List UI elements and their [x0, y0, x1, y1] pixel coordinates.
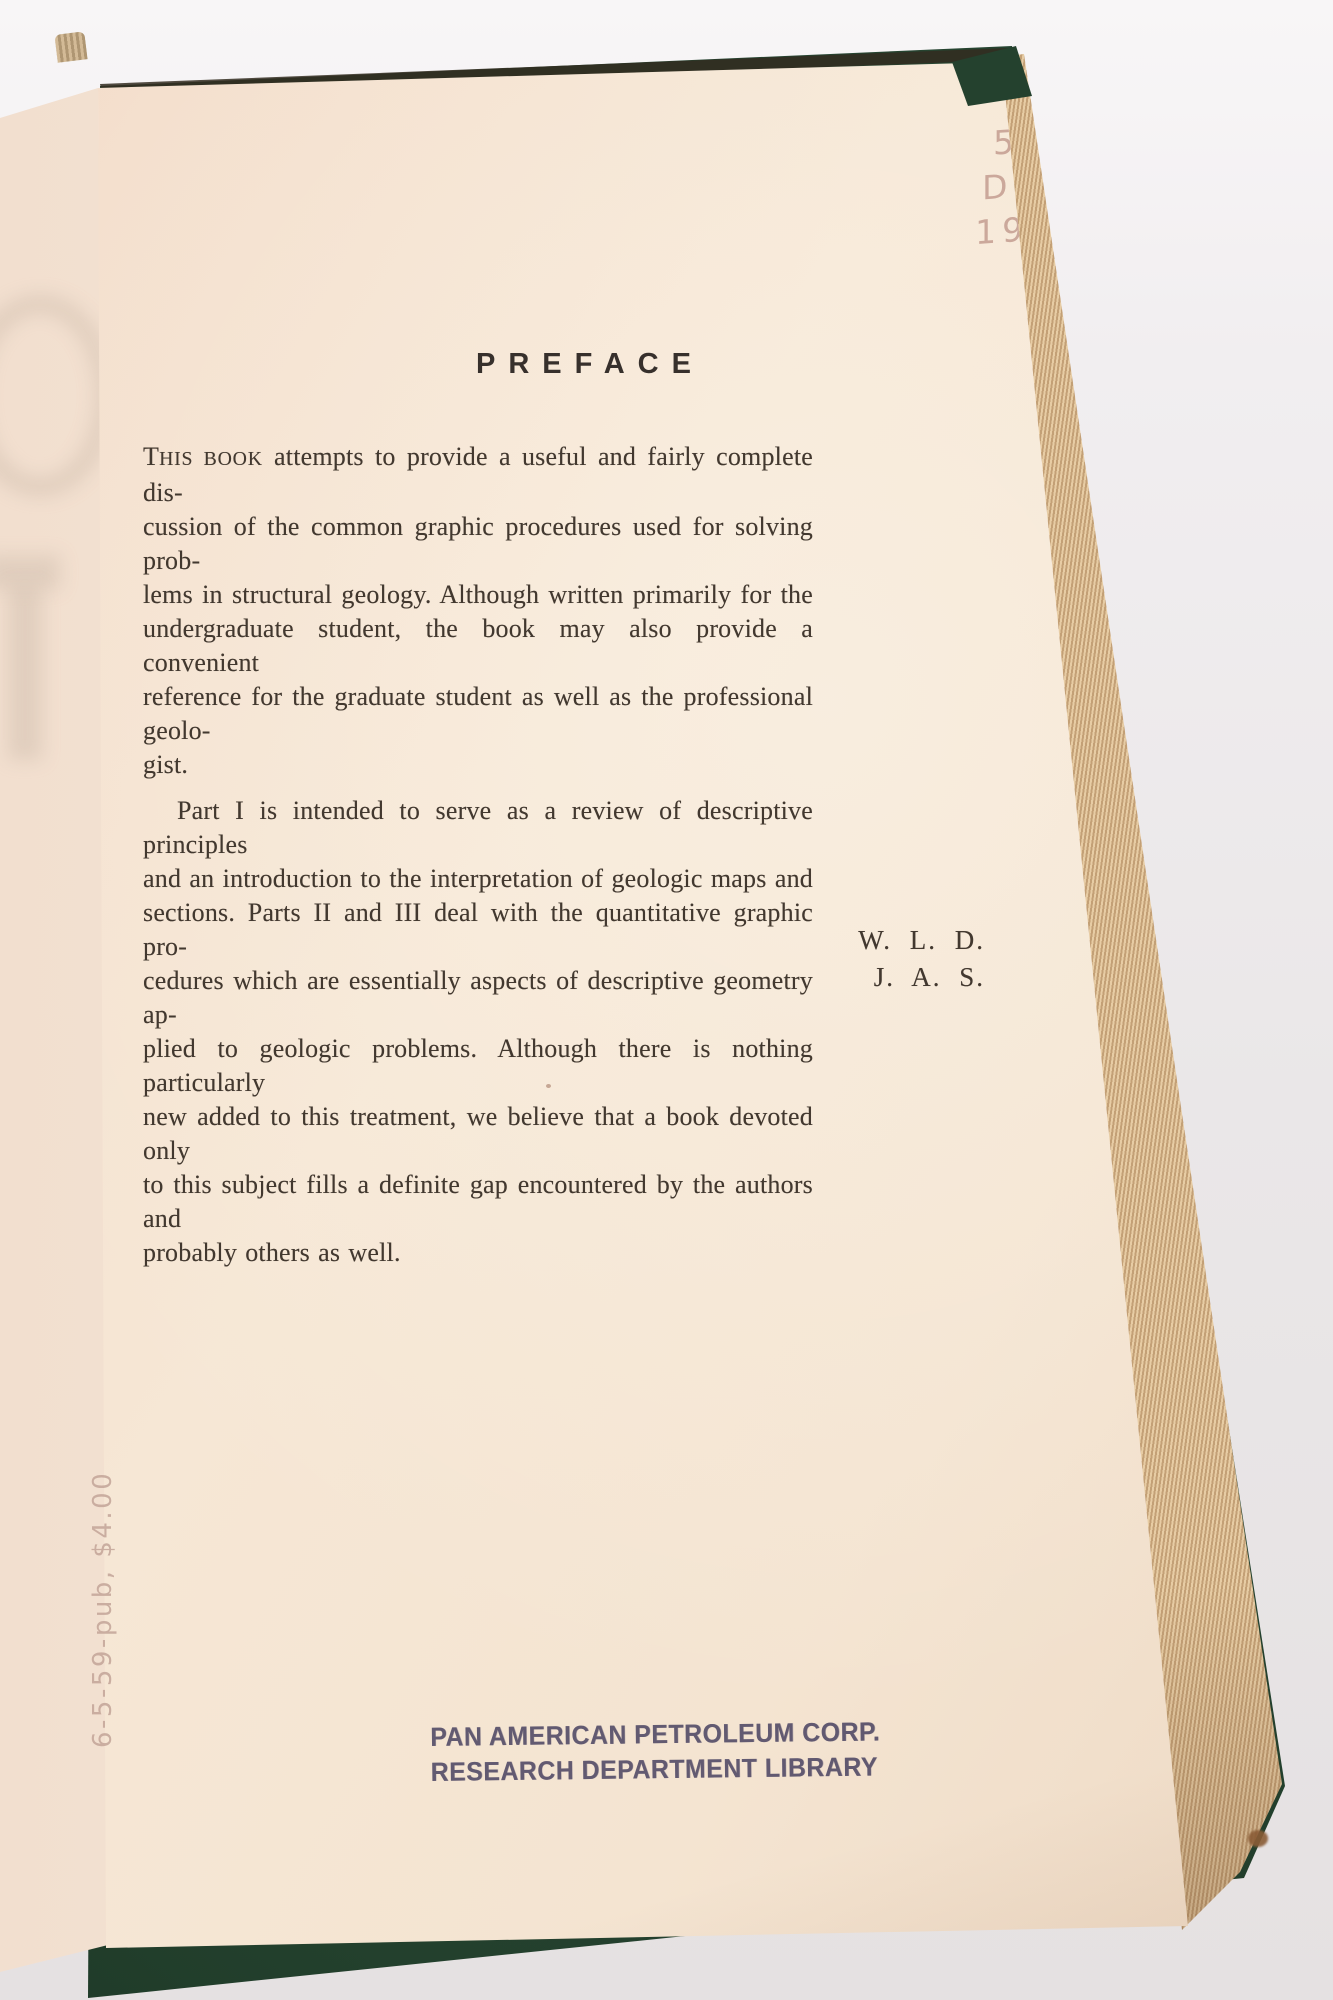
lead-smallcaps: HIS BOOK — [159, 448, 263, 470]
paragraph-2: Part I is intended to serve as a review … — [143, 794, 813, 1270]
paragraph-1-lines: cussion of the common graphic procedures… — [143, 510, 813, 782]
text-line: reference for the graduate student as we… — [143, 680, 813, 748]
lead-capital: T — [143, 442, 159, 471]
author-initials: W. L. D.J. A. S. — [500, 922, 985, 996]
initials-line: W. L. D. — [500, 922, 985, 959]
text-line: plied to geologic problems. Although the… — [143, 1032, 813, 1100]
text-line: new added to this treatment, we believe … — [143, 1100, 813, 1168]
stamp-line: PAN AMERICAN PETROLEUM CORP. — [430, 1715, 880, 1755]
paper-speck — [546, 1084, 551, 1088]
preface-text: THIS BOOK attempts to provide a useful a… — [143, 440, 813, 1270]
paragraph-1: THIS BOOK attempts to provide a useful a… — [143, 440, 813, 782]
text-line: and an introduction to the interpretatio… — [143, 862, 813, 896]
price-annotation: 6-5-59-pub, $4.00 — [88, 1276, 118, 1748]
show-through-mark — [0, 555, 60, 589]
text-line: cussion of the common graphic procedures… — [143, 510, 813, 578]
text-line: THIS BOOK attempts to provide a useful a… — [143, 440, 813, 510]
show-through-mark — [0, 295, 114, 496]
spine-headband — [54, 31, 87, 62]
text-line: to this subject fills a definite gap enc… — [143, 1168, 813, 1236]
show-through-mark — [8, 585, 42, 760]
text-line: lems in structural geology. Although wri… — [143, 578, 813, 612]
stamp-line: RESEARCH DEPARTMENT LIBRARY — [430, 1749, 880, 1789]
text-line: Part I is intended to serve as a review … — [143, 794, 813, 862]
call-number-line: D 71 — [982, 157, 1117, 211]
page-title: PREFACE — [380, 348, 800, 381]
book-photo: 551.4D 711958 PREFACE THIS BOOK attempts… — [0, 0, 1333, 2000]
text-line: undergraduate student, the book may also… — [143, 612, 813, 680]
library-stamp: PAN AMERICAN PETROLEUM CORP.RESEARCH DEP… — [430, 1715, 881, 1790]
text-line: gist. — [143, 748, 813, 782]
worn-corner — [1248, 1830, 1268, 1847]
text-line: probably others as well. — [143, 1236, 813, 1270]
initials-line: J. A. S. — [500, 959, 985, 996]
